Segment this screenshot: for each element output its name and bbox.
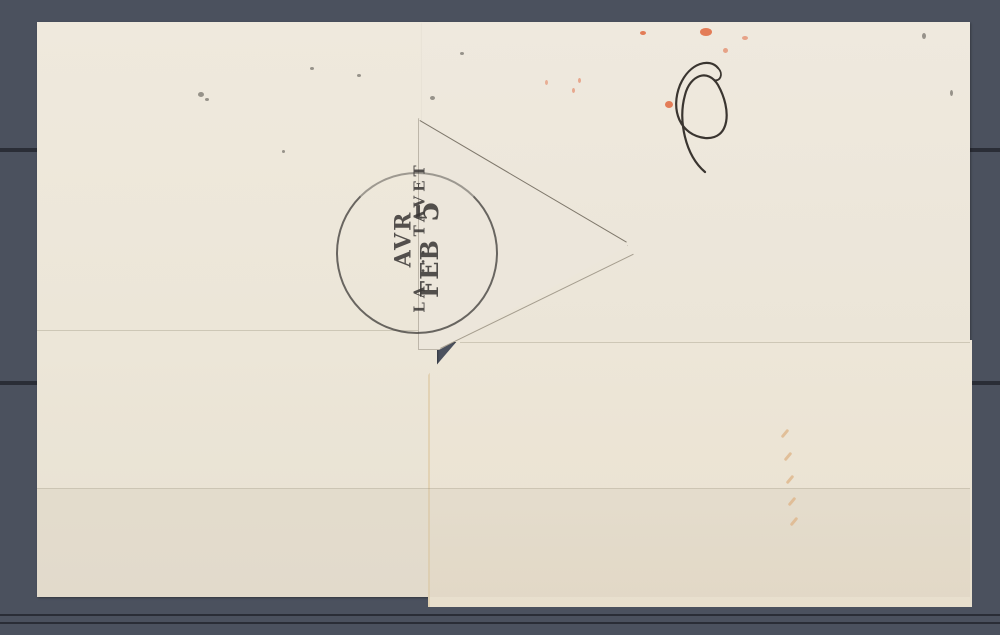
red-ink-spot bbox=[640, 31, 646, 35]
red-ink-spot bbox=[545, 80, 548, 85]
red-ink-spot bbox=[572, 88, 575, 93]
fold-shade-lower bbox=[37, 489, 970, 597]
ink-speck bbox=[282, 150, 285, 153]
red-ink-spot bbox=[665, 101, 673, 108]
manuscript-flourish-mark bbox=[660, 40, 750, 180]
postmark-month-text: FEB bbox=[415, 239, 444, 298]
ink-speck bbox=[460, 52, 464, 55]
fold-line-left-middle bbox=[37, 330, 422, 331]
ink-speck bbox=[922, 33, 926, 39]
red-ink-spot bbox=[700, 28, 712, 36]
ink-speck bbox=[205, 98, 209, 101]
red-ink-spot bbox=[578, 78, 581, 83]
fold-line-right-middle bbox=[460, 342, 970, 343]
ink-speck bbox=[430, 96, 435, 100]
red-ink-spot bbox=[742, 36, 748, 40]
ink-speck bbox=[357, 74, 361, 77]
ink-speck bbox=[198, 92, 204, 97]
background-stripe-bottom-1 bbox=[0, 614, 1000, 616]
ink-speck bbox=[310, 67, 314, 70]
postmark-month-text-2: AVR bbox=[390, 211, 416, 268]
background-stripe-bottom-2 bbox=[0, 622, 1000, 624]
ink-speck bbox=[950, 90, 953, 96]
red-ink-spot bbox=[723, 48, 728, 53]
